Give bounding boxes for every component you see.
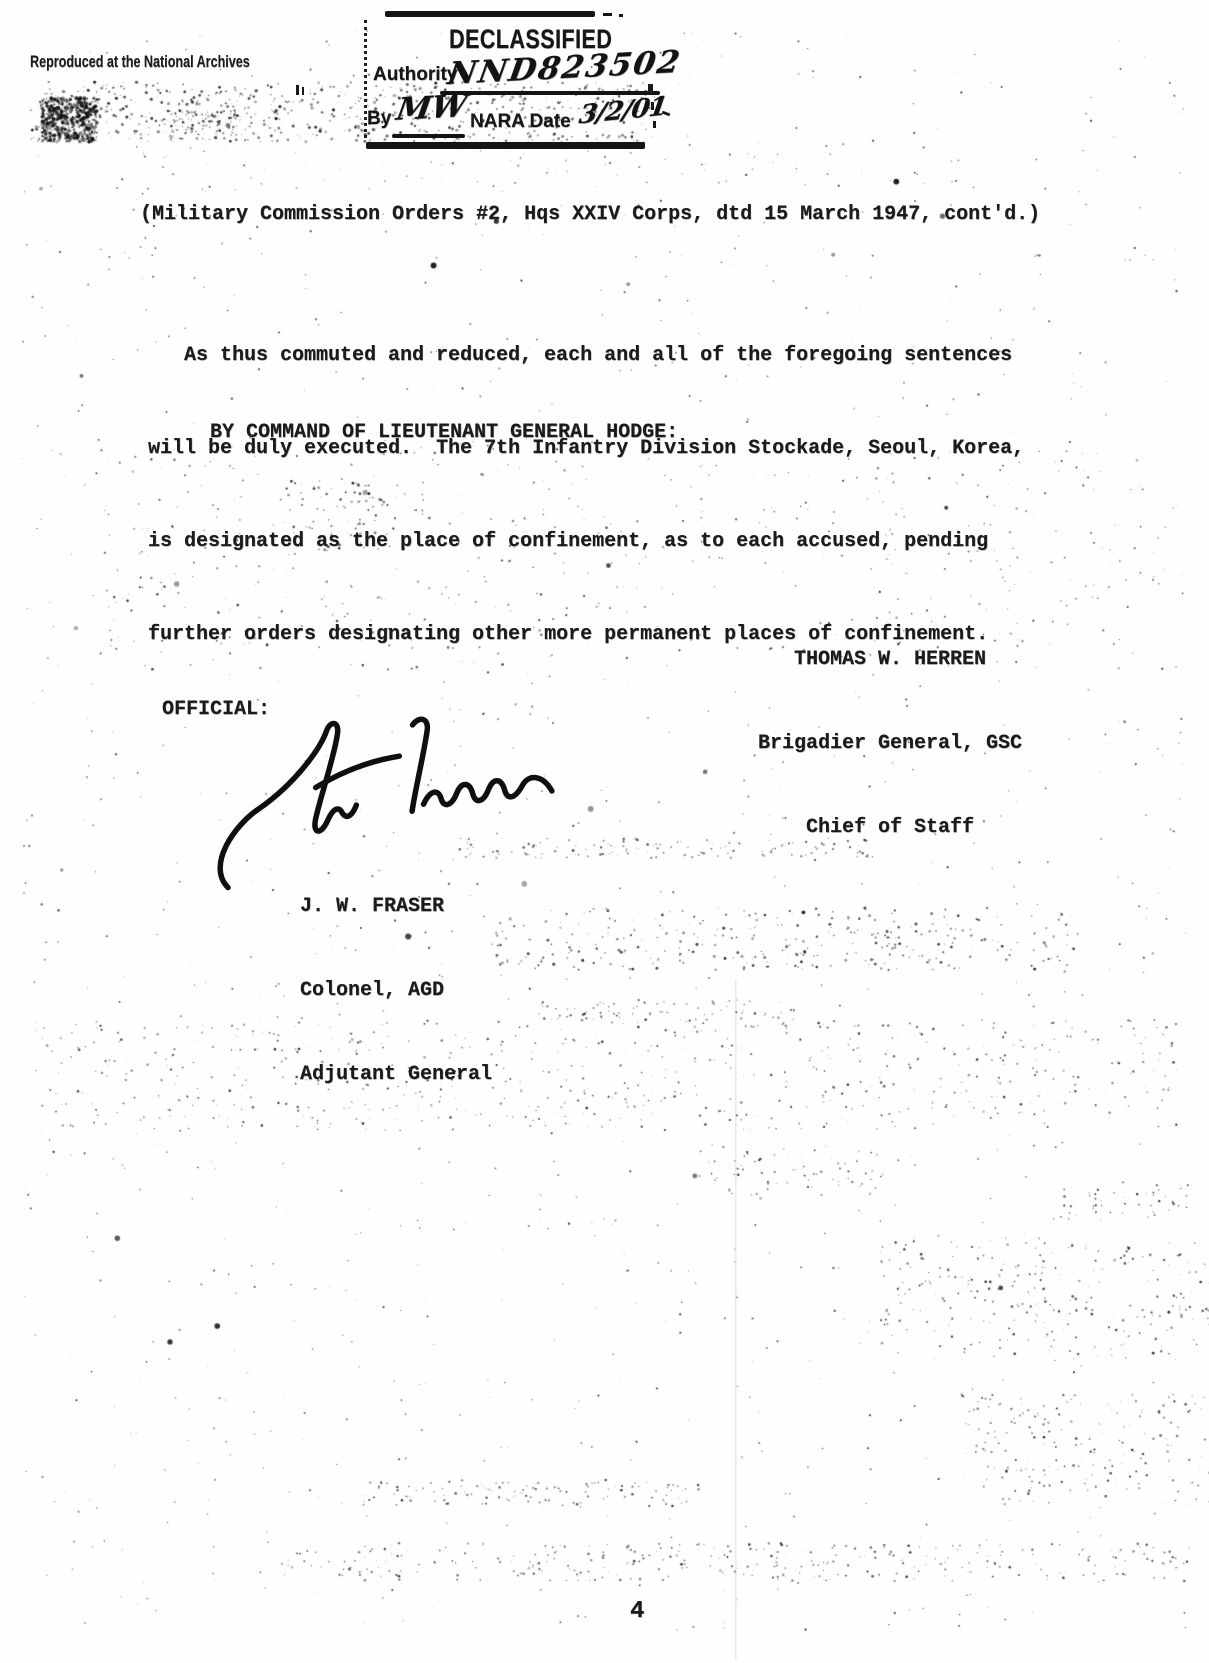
scan-noise-overlay [0,0,1209,1663]
official-signer-block: J. W. FRASER Colonel, AGD Adjutant Gener… [300,837,492,1145]
by-label: By [367,108,391,130]
scan-mark [302,87,304,95]
stamp-border-top [385,11,595,17]
by-command-line: BY COMMAND OF LIEUTENANT GENERAL HODGE: [210,421,678,444]
page-number: 4 [630,1598,644,1625]
scan-mark [296,85,299,95]
stamp-border-top-dash [603,13,612,16]
archives-reproduction-label: Reproduced at the National Archives [30,52,250,72]
nara-date-label: NARA Date [470,111,571,133]
authority-label: Authority [373,64,457,86]
signer-block: THOMAS W. HERREN Brigadier General, GSC … [755,590,1025,898]
official-signer-rank: Colonel, AGD [300,977,492,1005]
scan-mark [651,102,654,110]
body-line: is designated as the place of confinemen… [148,526,1024,557]
scan-mark [648,84,653,93]
body-line: As thus commuted and reduced, each and a… [148,340,1024,371]
signer-title: Chief of Staff [755,814,1025,842]
by-underline [392,134,465,138]
order-continuation-heading: (Military Commission Orders #2, Hqs XXIV… [140,203,1040,226]
signer-name: THOMAS W. HERREN [755,646,1025,674]
official-signer-name: J. W. FRASER [300,893,492,921]
official-signer-title: Adjutant General [300,1061,492,1089]
scanned-document-page: Reproduced at the National Archives DECL… [0,0,1209,1663]
stamp-border-top-dash [619,14,623,17]
signer-rank: Brigadier General, GSC [755,730,1025,758]
by-handwritten-initials: MW [394,88,470,128]
scan-mark [653,121,656,128]
authority-underline [440,91,660,95]
declassified-stamp: DECLASSIFIED Authority NND823502 By MW N… [363,6,648,156]
official-label: OFFICIAL: [162,698,270,721]
stamp-border-bottom [366,142,645,149]
